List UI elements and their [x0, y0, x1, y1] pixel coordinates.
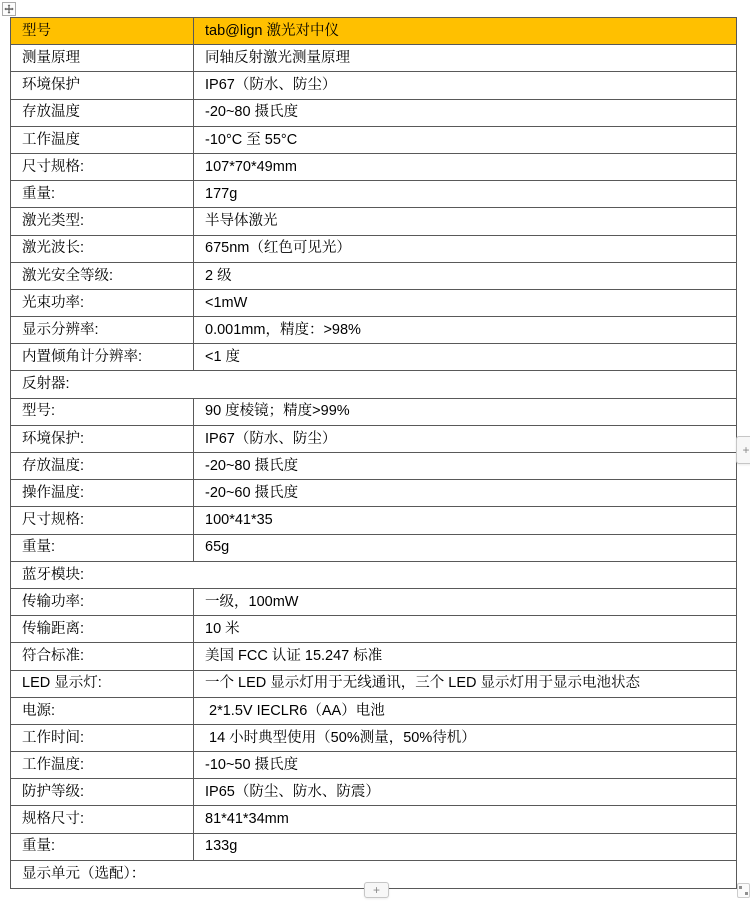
table-row[interactable]: 传输功率:一级，100mW [11, 589, 736, 616]
value-cell[interactable]: <1mW [194, 290, 736, 316]
label-cell[interactable]: 环境保护 [11, 72, 194, 98]
value-cell[interactable]: -10°C 至 55°C [194, 127, 736, 153]
value-cell[interactable]: -20~80 摄氏度 [194, 453, 736, 479]
label-cell[interactable]: 尺寸规格: [11, 507, 194, 533]
value-cell[interactable]: 65g [194, 535, 736, 561]
table-row[interactable]: 激光安全等级:2 级 [11, 263, 736, 290]
header-row[interactable]: 型号tab@lign 激光对中仪 [11, 18, 736, 45]
section-row[interactable]: 蓝牙模块: [11, 562, 736, 589]
label-cell[interactable]: 型号: [11, 399, 194, 425]
table-row[interactable]: 存放温度-20~80 摄氏度 [11, 100, 736, 127]
label-cell[interactable]: 符合标准: [11, 643, 194, 669]
label-cell[interactable]: 存放温度: [11, 453, 194, 479]
table-resize-handle[interactable] [737, 883, 750, 898]
table-row[interactable]: 型号:90 度棱镜；精度>99% [11, 399, 736, 426]
value-cell[interactable]: 81*41*34mm [194, 806, 736, 832]
label-cell[interactable]: 重量: [11, 535, 194, 561]
label-cell[interactable]: 内置倾角计分辨率: [11, 344, 194, 370]
label-cell[interactable]: 测量原理 [11, 45, 194, 71]
insert-column-button[interactable]: + [736, 436, 750, 464]
label-cell[interactable]: 反射器: [11, 371, 736, 397]
value-cell[interactable]: IP67（防水、防尘） [194, 72, 736, 98]
value-cell[interactable]: -20~60 摄氏度 [194, 480, 736, 506]
table-row[interactable]: 激光波长:675nm（红色可见光） [11, 236, 736, 263]
value-cell[interactable]: 100*41*35 [194, 507, 736, 533]
label-cell[interactable]: 规格尺寸: [11, 806, 194, 832]
table-row[interactable]: 光束功率:<1mW [11, 290, 736, 317]
table-row[interactable]: 重量:65g [11, 535, 736, 562]
plus-icon: + [742, 443, 749, 457]
table-row[interactable]: 尺寸规格:107*70*49mm [11, 154, 736, 181]
label-cell[interactable]: 工作温度: [11, 752, 194, 778]
table-row[interactable]: 传输距离:10 米 [11, 616, 736, 643]
label-cell[interactable]: LED 显示灯: [11, 671, 194, 697]
value-cell[interactable]: -10~50 摄氏度 [194, 752, 736, 778]
section-row[interactable]: 反射器: [11, 371, 736, 398]
value-cell[interactable]: 美国 FCC 认证 15.247 标准 [194, 643, 736, 669]
label-cell[interactable]: 防护等级: [11, 779, 194, 805]
value-cell[interactable]: 一级，100mW [194, 589, 736, 615]
label-cell[interactable]: 激光波长: [11, 236, 194, 262]
value-cell[interactable]: 14 小时典型使用（50%测量，50%待机） [194, 725, 736, 751]
table-row[interactable]: 重量:133g [11, 834, 736, 861]
label-cell[interactable]: 工作时间: [11, 725, 194, 751]
value-cell[interactable]: 10 米 [194, 616, 736, 642]
value-cell[interactable]: 177g [194, 181, 736, 207]
spec-table: 型号tab@lign 激光对中仪测量原理同轴反射激光测量原理环境保护IP67（防… [10, 17, 737, 889]
value-cell[interactable]: 675nm（红色可见光） [194, 236, 736, 262]
label-cell[interactable]: 存放温度 [11, 100, 194, 126]
label-cell[interactable]: 型号 [11, 18, 194, 44]
table-row[interactable]: 工作时间: 14 小时典型使用（50%测量，50%待机） [11, 725, 736, 752]
value-cell[interactable]: 半导体激光 [194, 208, 736, 234]
table-row[interactable]: 环境保护IP67（防水、防尘） [11, 72, 736, 99]
table-row[interactable]: 存放温度:-20~80 摄氏度 [11, 453, 736, 480]
label-cell[interactable]: 激光类型: [11, 208, 194, 234]
table-row[interactable]: 激光类型:半导体激光 [11, 208, 736, 235]
value-cell[interactable]: tab@lign 激光对中仪 [194, 18, 736, 44]
label-cell[interactable]: 重量: [11, 181, 194, 207]
move-cross-icon [4, 4, 14, 14]
table-row[interactable]: 内置倾角计分辨率:<1 度 [11, 344, 736, 371]
label-cell[interactable]: 蓝牙模块: [11, 562, 736, 588]
table-row[interactable]: 规格尺寸:81*41*34mm [11, 806, 736, 833]
label-cell[interactable]: 显示分辨率: [11, 317, 194, 343]
table-move-handle[interactable] [2, 2, 16, 16]
table-row[interactable]: 操作温度:-20~60 摄氏度 [11, 480, 736, 507]
table-row[interactable]: 符合标准:美国 FCC 认证 15.247 标准 [11, 643, 736, 670]
table-row[interactable]: 重量:177g [11, 181, 736, 208]
plus-icon: + [373, 883, 380, 897]
label-cell[interactable]: 尺寸规格: [11, 154, 194, 180]
insert-row-button[interactable]: + [364, 882, 389, 898]
label-cell[interactable]: 传输距离: [11, 616, 194, 642]
table-row[interactable]: 工作温度-10°C 至 55°C [11, 127, 736, 154]
label-cell[interactable]: 环境保护: [11, 426, 194, 452]
value-cell[interactable]: <1 度 [194, 344, 736, 370]
value-cell[interactable]: 2*1.5V IECLR6（AA）电池 [194, 698, 736, 724]
value-cell[interactable]: 同轴反射激光测量原理 [194, 45, 736, 71]
table-row[interactable]: 电源: 2*1.5V IECLR6（AA）电池 [11, 698, 736, 725]
label-cell[interactable]: 工作温度 [11, 127, 194, 153]
table-row[interactable]: 测量原理同轴反射激光测量原理 [11, 45, 736, 72]
label-cell[interactable]: 电源: [11, 698, 194, 724]
label-cell[interactable]: 激光安全等级: [11, 263, 194, 289]
table-row[interactable]: 防护等级:IP65（防尘、防水、防震） [11, 779, 736, 806]
value-cell[interactable]: 2 级 [194, 263, 736, 289]
table-row[interactable]: 工作温度:-10~50 摄氏度 [11, 752, 736, 779]
value-cell[interactable]: 107*70*49mm [194, 154, 736, 180]
value-cell[interactable]: 133g [194, 834, 736, 860]
label-cell[interactable]: 传输功率: [11, 589, 194, 615]
value-cell[interactable]: 一个 LED 显示灯用于无线通讯，三个 LED 显示灯用于显示电池状态 [194, 671, 736, 697]
table-row[interactable]: 环境保护:IP67（防水、防尘） [11, 426, 736, 453]
value-cell[interactable]: IP65（防尘、防水、防震） [194, 779, 736, 805]
table-row[interactable]: LED 显示灯:一个 LED 显示灯用于无线通讯，三个 LED 显示灯用于显示电… [11, 671, 736, 698]
table-row[interactable]: 尺寸规格:100*41*35 [11, 507, 736, 534]
label-cell[interactable]: 光束功率: [11, 290, 194, 316]
value-cell[interactable]: IP67（防水、防尘） [194, 426, 736, 452]
label-cell[interactable]: 操作温度: [11, 480, 194, 506]
value-cell[interactable]: -20~80 摄氏度 [194, 100, 736, 126]
label-cell[interactable]: 重量: [11, 834, 194, 860]
value-cell[interactable]: 90 度棱镜；精度>99% [194, 399, 736, 425]
table-row[interactable]: 显示分辨率:0.001mm，精度：>98% [11, 317, 736, 344]
value-cell[interactable]: 0.001mm，精度：>98% [194, 317, 736, 343]
